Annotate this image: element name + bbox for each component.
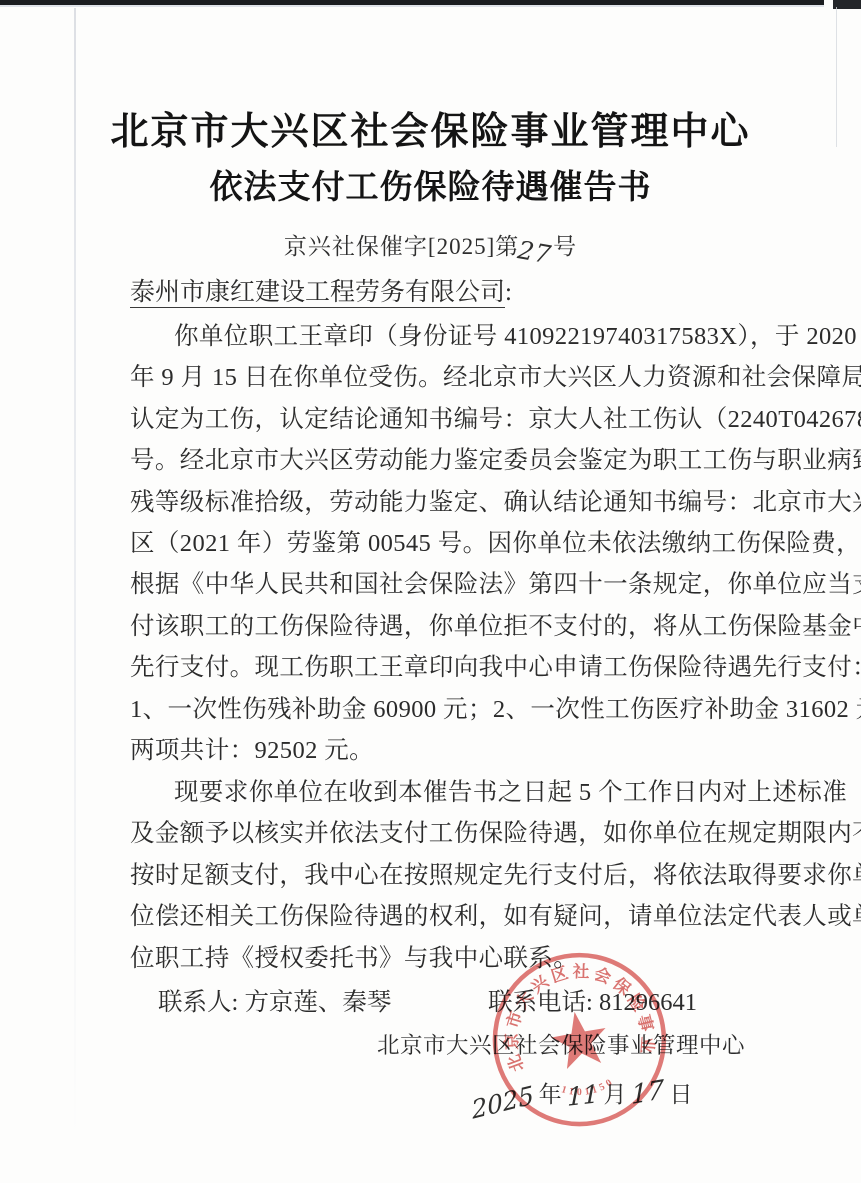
official-seal: 北京市大兴区社会保险事业管理中心 1101150 bbox=[472, 932, 687, 1147]
doc-number-suffix: 号 bbox=[553, 234, 577, 259]
contact-person: 联系人: 方京莲、秦琴 bbox=[158, 989, 391, 1016]
body-line: 两项共计：92502 元。 bbox=[130, 730, 775, 771]
body-line: 位职工持《授权委托书》与我中心联系。 bbox=[130, 938, 775, 979]
document-title: 北京市大兴区社会保险事业管理中心 依法支付工伤保险待遇催告书 bbox=[0, 104, 861, 214]
body-line: 区（2021 年）劳鉴第 00545 号。因你单位未依法缴纳工伤保险费， bbox=[130, 523, 775, 564]
body-line: 按时足额支付，我中心在按照规定先行支付后，将依法取得要求你单 bbox=[130, 855, 775, 896]
body-line: 位偿还相关工伤保险待遇的权利，如有疑问，请单位法定代表人或单 bbox=[130, 896, 775, 937]
body-line: 号。经北京市大兴区劳动能力鉴定委员会鉴定为职工工伤与职业病致 bbox=[130, 440, 775, 481]
body-line: 现要求你单位在收到本催告书之日起 5 个工作日内对上述标准 bbox=[130, 772, 775, 813]
doc-number-prefix: 京兴社保催字[2025]第 bbox=[284, 234, 519, 259]
body-line: 1、一次性伤残补助金 60900 元；2、一次性工伤医疗补助金 31602 元， bbox=[130, 689, 775, 730]
addressee-colon: : bbox=[505, 279, 512, 306]
body-paragraph-2: 现要求你单位在收到本催告书之日起 5 个工作日内对上述标准 及金额予以核实并依法… bbox=[130, 772, 775, 979]
document-number: 京兴社保催字[2025]第27号 bbox=[0, 228, 861, 261]
contact-person-value: 方京莲、秦琴 bbox=[244, 989, 391, 1016]
body-line: 认定为工伤，认定结论通知书编号：京大人社工伤认（2240T0426780） bbox=[130, 399, 775, 440]
title-line-2: 依法支付工伤保险待遇催告书 bbox=[0, 160, 861, 214]
body-paragraph-1: 你单位职工王章印（身份证号 41092219740317583X），于 2020… bbox=[130, 316, 775, 771]
title-line-1: 北京市大兴区社会保险事业管理中心 bbox=[0, 104, 861, 160]
addressee-line: 泰州市康红建设工程劳务有限公司: bbox=[130, 272, 790, 308]
handwritten-doc-number: 27 bbox=[518, 250, 551, 256]
body-line: 残等级标准拾级，劳动能力鉴定、确认结论通知书编号：北京市大兴 bbox=[130, 482, 775, 523]
seal-star-icon bbox=[547, 1007, 611, 1071]
scan-edge-shadow bbox=[0, 5, 824, 7]
scan-edge-top-right bbox=[833, 0, 861, 9]
contact-person-label: 联系人: bbox=[158, 989, 244, 1016]
body-line: 年 9 月 15 日在你单位受伤。经北京市大兴区人力资源和社会保障局 bbox=[130, 357, 775, 398]
body-line: 及金额予以核实并依法支付工伤保险待遇，如你单位在规定期限内不 bbox=[130, 813, 775, 854]
seal-code: 1101150 bbox=[558, 1076, 615, 1103]
body-line: 根据《中华人民共和国社会保险法》第四十一条规定，你单位应当支 bbox=[130, 564, 775, 605]
body-line: 先行支付。现工伤职工王章印向我中心申请工伤保险待遇先行支付： bbox=[130, 647, 775, 688]
body-line: 你单位职工王章印（身份证号 41092219740317583X），于 2020 bbox=[130, 316, 775, 357]
addressee-company-name: 泰州市康红建设工程劳务有限公司 bbox=[130, 279, 505, 308]
body-line: 付该职工的工伤保险待遇，你单位拒不支付的，将从工伤保险基金中 bbox=[130, 606, 775, 647]
scanned-document-page: 北京市大兴区社会保险事业管理中心 依法支付工伤保险待遇催告书 京兴社保催字[20… bbox=[0, 0, 861, 1183]
svg-text:1101150: 1101150 bbox=[558, 1076, 615, 1103]
